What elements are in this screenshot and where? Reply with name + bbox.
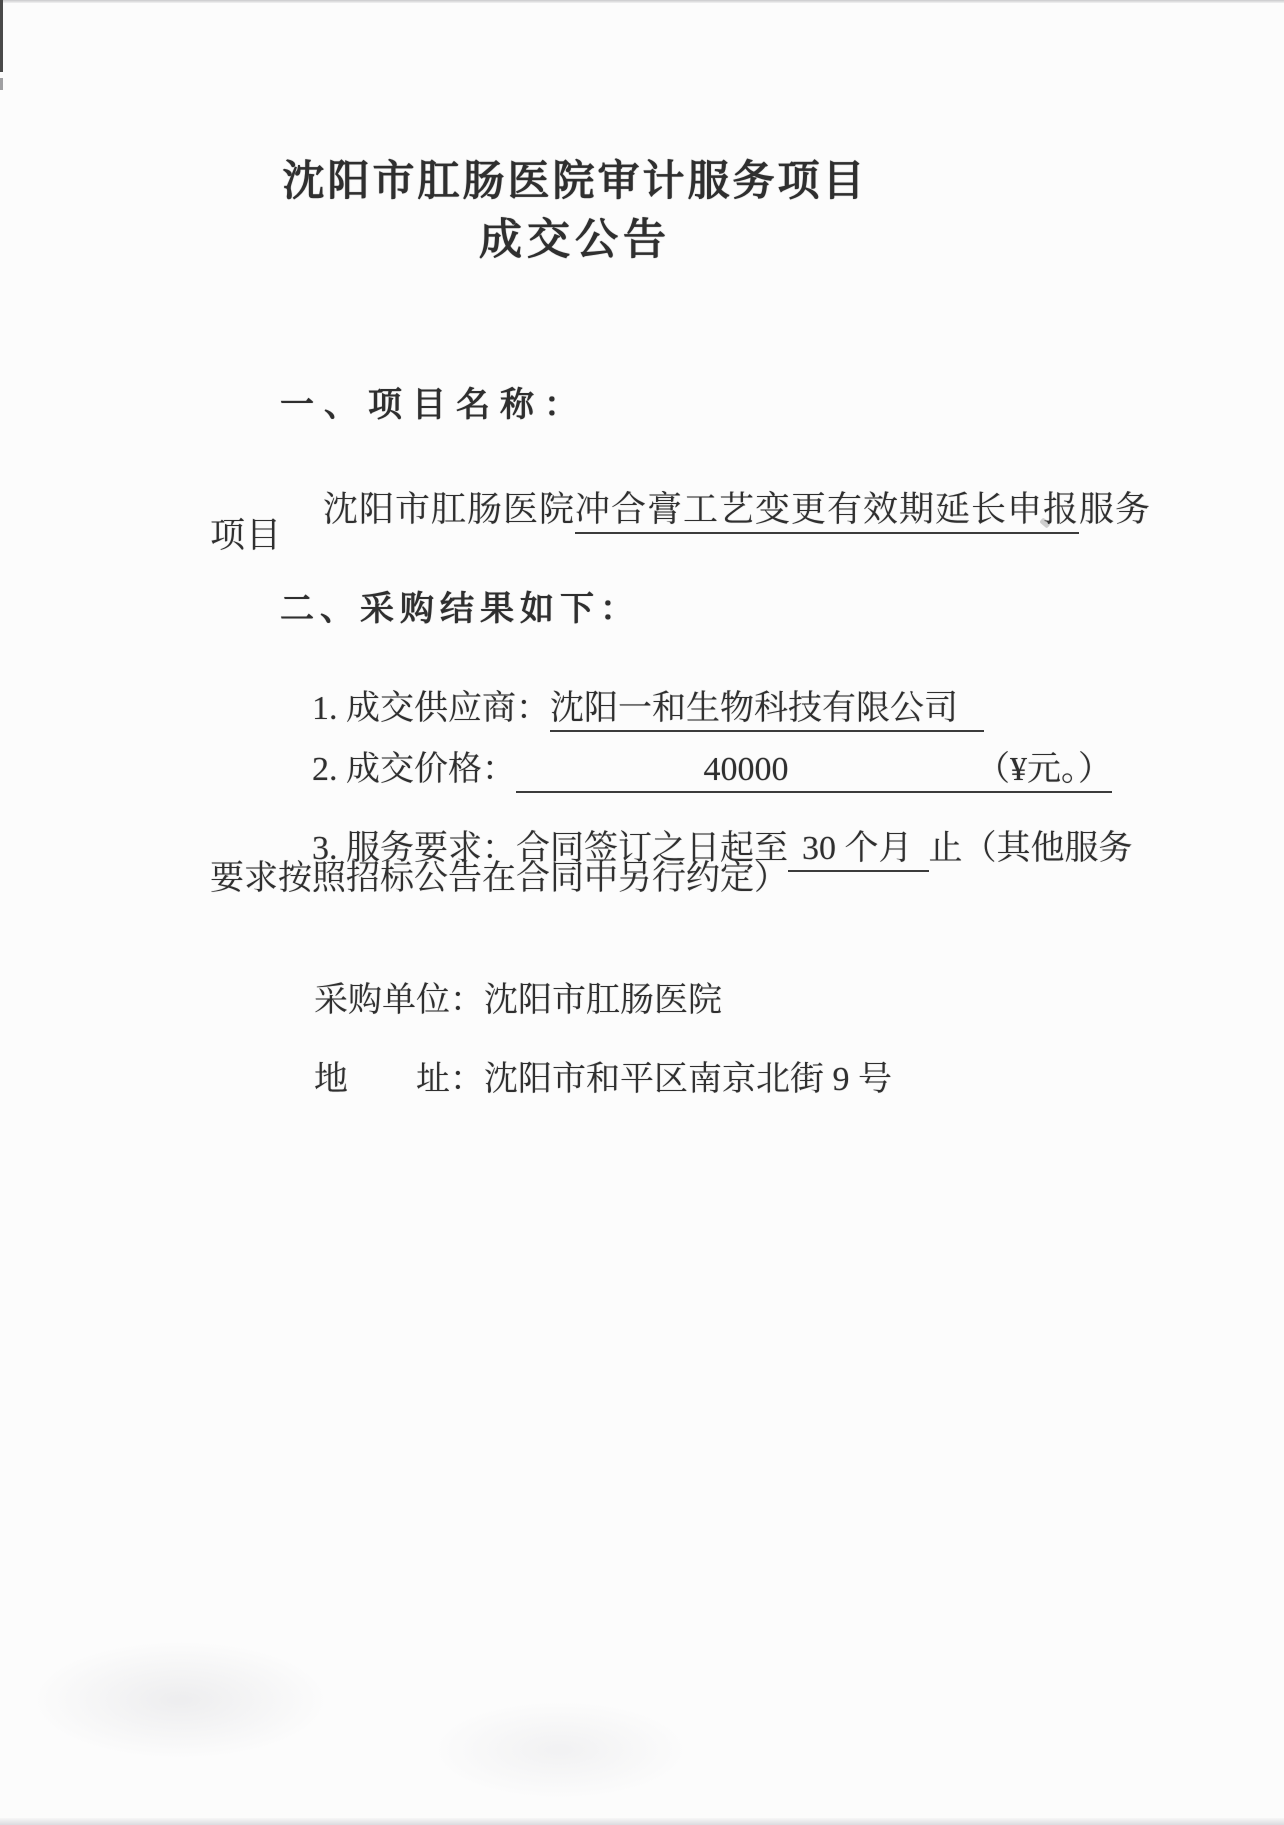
project-name-prefix: 沈阳市肛肠医院 <box>323 490 575 529</box>
price-unit: （¥元。） <box>976 751 1112 788</box>
scan-smudge <box>30 1640 330 1760</box>
scanned-document-page: 沈阳市肛肠医院审计服务项目 成交公告 一、项目名称： 沈阳市肛肠医院冲合膏工艺变… <box>0 0 1284 1825</box>
scan-edge-left-dot <box>0 78 3 90</box>
scan-edge-top <box>0 0 1284 3</box>
buyer-label: 采购单位： <box>314 982 484 1019</box>
title-text: 成交公告 <box>479 217 671 264</box>
scan-edge-bottom <box>0 1818 1284 1825</box>
address-label: 地 址： <box>314 1061 484 1098</box>
project-name-wrap: 项目 <box>210 514 282 558</box>
project-name-line: 沈阳市肛肠医院冲合膏工艺变更有效期延长申报服务 <box>284 444 1151 575</box>
scan-edge-left <box>0 0 3 72</box>
scan-smudge <box>430 1700 690 1800</box>
title-text: 沈阳市肛肠医院审计服务项目 <box>282 159 867 205</box>
service-wrap-line: 要求按照招标公告在合同中另行约定） <box>210 858 788 901</box>
service-duration: 30 个月 <box>788 830 929 872</box>
section2-heading: 二、采购结果如下： <box>280 589 640 632</box>
project-name-underlined: 冲合膏工艺变更有效期延长申报 <box>575 490 1079 534</box>
section1-heading: 一、项目名称： <box>280 385 588 428</box>
address-value: 沈阳市和平区南京北街 9 号 <box>484 1061 892 1098</box>
price-label: 2. 成交价格： <box>312 751 516 788</box>
address-line: 地 址：沈阳市和平区南京北街 9 号 <box>280 1016 892 1144</box>
document-title-line1: 沈阳市肛肠医院审计服务项目 <box>0 148 1150 208</box>
project-name-suffix: 服务 <box>1079 490 1151 529</box>
buyer-value: 沈阳市肛肠医院 <box>484 982 722 1019</box>
service-text-after: 止（其他服务 <box>929 830 1133 867</box>
document-title-line2: 成交公告 <box>0 206 1150 267</box>
